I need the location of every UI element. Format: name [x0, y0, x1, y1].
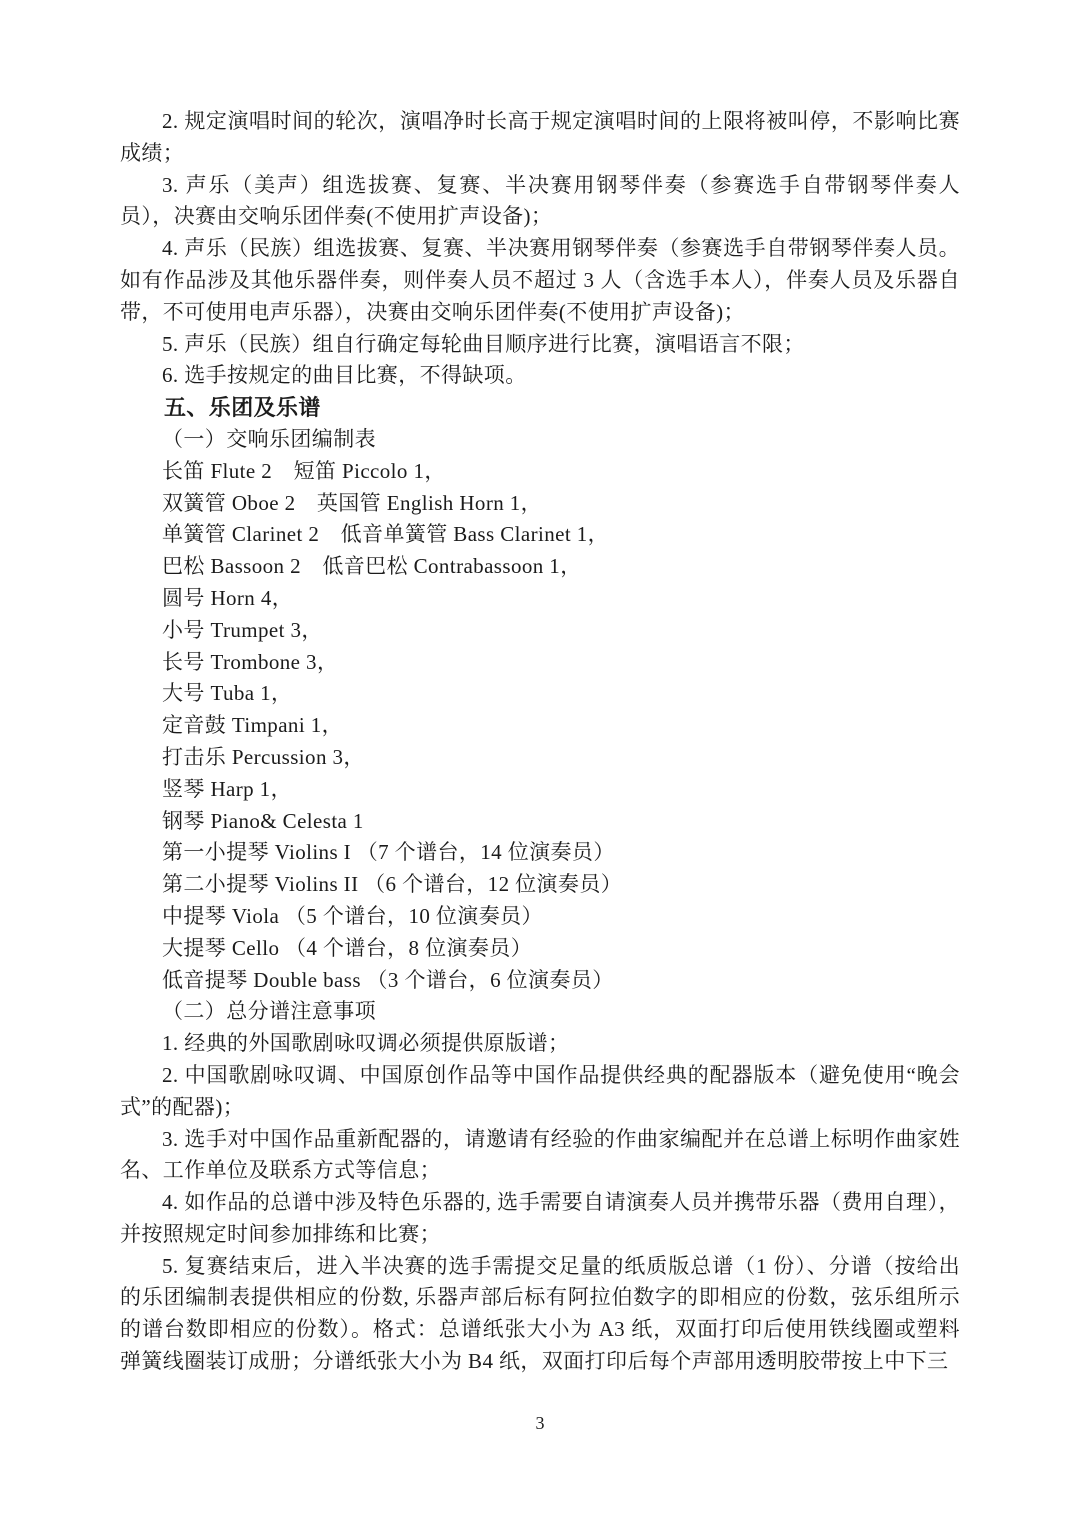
paragraph: 巴松 Bassoon 2 低音巴松 Contrabassoon 1，	[120, 551, 960, 583]
paragraph: 4. 声乐（民族）组选拔赛、复赛、半决赛用钢琴伴奏（参赛选手自带钢琴伴奏人员。如…	[120, 233, 960, 328]
paragraph: 长号 Trombone 3，	[120, 647, 960, 679]
paragraph: 2. 中国歌剧咏叹调、中国原创作品等中国作品提供经典的配器版本（避免使用“晚会式…	[120, 1060, 960, 1124]
paragraph: 4. 如作品的总谱中涉及特色乐器的, 选手需要自请演奏人员并携带乐器（费用自理）…	[120, 1187, 960, 1251]
paragraph: 1. 经典的外国歌剧咏叹调必须提供原版谱；	[120, 1028, 960, 1060]
document-page: 2. 规定演唱时间的轮次，演唱净时长高于规定演唱时间的上限将被叫停，不影响比赛成…	[0, 0, 1080, 1527]
paragraph: 双簧管 Oboe 2 英国管 English Horn 1，	[120, 488, 960, 520]
paragraph: 3. 声乐（美声）组选拔赛、复赛、半决赛用钢琴伴奏（参赛选手自带钢琴伴奏人员），…	[120, 170, 960, 234]
document-body: 2. 规定演唱时间的轮次，演唱净时长高于规定演唱时间的上限将被叫停，不影响比赛成…	[120, 106, 960, 1378]
paragraph: 单簧管 Clarinet 2 低音单簧管 Bass Clarinet 1，	[120, 519, 960, 551]
paragraph: 6. 选手按规定的曲目比赛，不得缺项。	[120, 360, 960, 392]
paragraph: 竖琴 Harp 1，	[120, 774, 960, 806]
paragraph: 低音提琴 Double bass （3 个谱台，6 位演奏员）	[120, 965, 960, 997]
paragraph: 5. 声乐（民族）组自行确定每轮曲目顺序进行比赛，演唱语言不限；	[120, 329, 960, 361]
paragraph: 打击乐 Percussion 3，	[120, 742, 960, 774]
paragraph: （一）交响乐团编制表	[120, 424, 960, 456]
section-heading: 五、乐团及乐谱	[120, 392, 960, 424]
paragraph: 长笛 Flute 2 短笛 Piccolo 1，	[120, 456, 960, 488]
paragraph: 圆号 Horn 4，	[120, 583, 960, 615]
paragraph: 小号 Trumpet 3，	[120, 615, 960, 647]
paragraph: 定音鼓 Timpani 1，	[120, 710, 960, 742]
paragraph: 2. 规定演唱时间的轮次，演唱净时长高于规定演唱时间的上限将被叫停，不影响比赛成…	[120, 106, 960, 170]
paragraph: 大提琴 Cello （4 个谱台，8 位演奏员）	[120, 933, 960, 965]
paragraph: 大号 Tuba 1，	[120, 678, 960, 710]
page-number: 3	[0, 1412, 1080, 1434]
paragraph: 第二小提琴 Violins II （6 个谱台，12 位演奏员）	[120, 869, 960, 901]
paragraph: 第一小提琴 Violins I （7 个谱台，14 位演奏员）	[120, 837, 960, 869]
paragraph: 钢琴 Piano& Celesta 1	[120, 806, 960, 838]
paragraph: （二）总分谱注意事项	[120, 996, 960, 1028]
paragraph: 5. 复赛结束后，进入半决赛的选手需提交足量的纸质版总谱（1 份）、分谱（按给出…	[120, 1251, 960, 1378]
paragraph: 3. 选手对中国作品重新配器的，请邀请有经验的作曲家编配并在总谱上标明作曲家姓名…	[120, 1124, 960, 1188]
paragraph: 中提琴 Viola （5 个谱台，10 位演奏员）	[120, 901, 960, 933]
